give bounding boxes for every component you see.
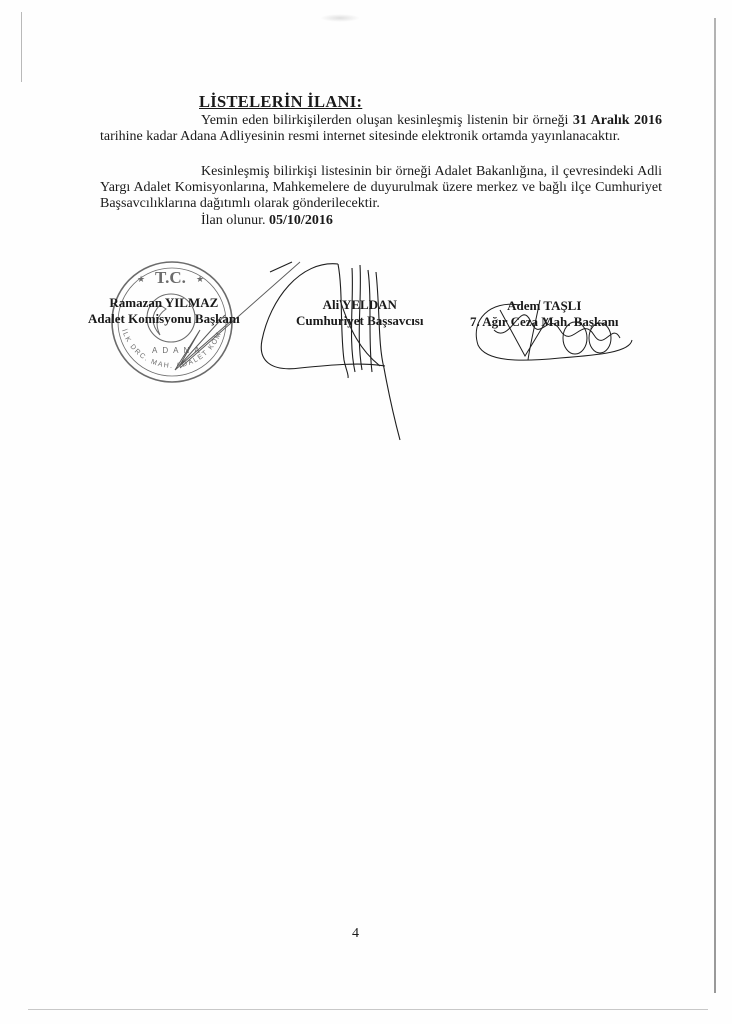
scan-edge-left [21,12,22,82]
paragraph-2-text: Kesinleşmiş bilirkişi listesinin bir örn… [100,164,662,211]
scan-edge-bottom [28,1009,708,1010]
closing-label: İlan olunur. [201,213,266,228]
section-heading: LİSTELERİN İLANI: [199,92,362,112]
signatory-chief-prosecutor: Ali YELDAN Cumhuriyet Başsavcısı [296,297,423,329]
paragraph-1-text-a: Yemin eden bilirkişilerden oluşan kesinl… [201,113,573,128]
signatory-commission-head: Ramazan YILMAZ Adalet Komisyonu Başkanı [88,295,240,327]
closing-line: İlan olunur. 05/10/2016 [201,213,333,229]
signature-2-icon [261,262,400,440]
svg-text:ADANA: ADANA [152,346,205,355]
signatory-court-head: Adem TAŞLI 7. Ağır Ceza Mah. Başkanı [470,298,619,330]
paragraph-1-text-b: tarihine kadar Adana Adliyesinin resmi i… [100,129,620,144]
document-page: LİSTELERİN İLANI: Yemin eden bilirkişile… [0,0,732,1024]
paragraph-distribution: Kesinleşmiş bilirkişi listesinin bir örn… [100,164,662,212]
signatory-title: 7. Ağır Ceza Mah. Başkanı [470,314,619,330]
ink-layer: T.C. ★ ★ ADANA İLK DRC. MAH. ADALET KOM. [0,0,732,1024]
closing-date: 05/10/2016 [269,213,333,228]
scan-edge-right [714,18,716,993]
svg-text:★: ★ [137,274,145,284]
svg-text:★: ★ [196,274,204,284]
signatory-name: Ramazan YILMAZ [88,295,240,311]
signatory-title: Cumhuriyet Başsavcısı [296,313,423,329]
signatory-name: Adem TAŞLI [470,298,619,314]
paragraph-publication: Yemin eden bilirkişilerden oluşan kesinl… [100,113,662,145]
scan-artifact [320,14,360,22]
signatory-title: Adalet Komisyonu Başkanı [88,311,240,327]
signatory-name: Ali YELDAN [296,297,423,313]
svg-text:T.C.: T.C. [155,268,186,287]
svg-text:İLK DRC. MAH. ADALET KOM.: İLK DRC. MAH. ADALET KOM. [120,328,224,370]
deadline-date: 31 Aralık 2016 [573,113,662,128]
page-number: 4 [352,926,359,942]
